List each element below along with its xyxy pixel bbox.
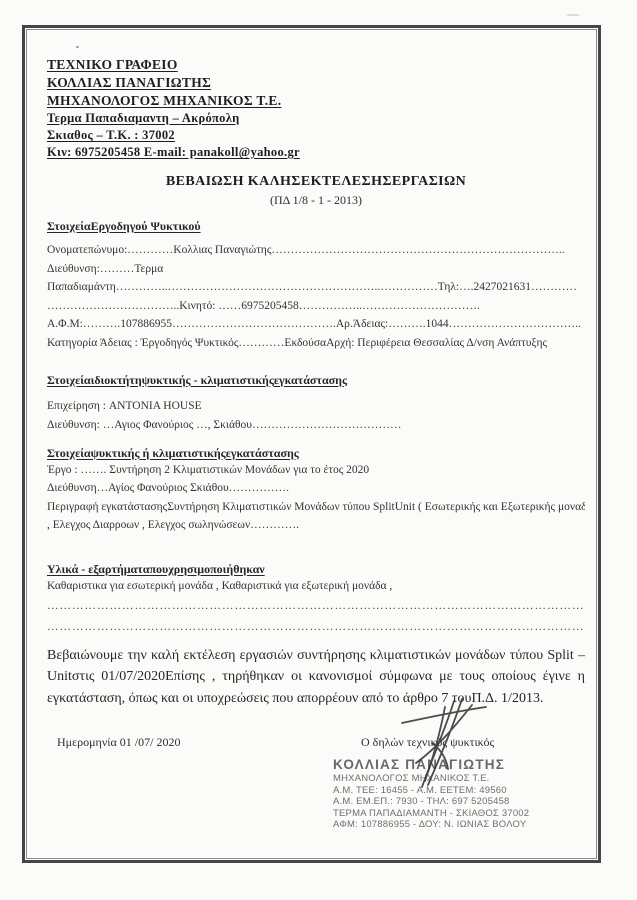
scan-speck bbox=[566, 14, 580, 16]
section-heading-installation-details: Στοιχείαψυκτικής ή κλιματιστικήςεγκατάστ… bbox=[47, 446, 585, 461]
certification-paragraph: Βεβαιώνουμε την καλή εκτέλεση εργασιών σ… bbox=[47, 645, 585, 710]
signature-column: Ο δηλών τεχνικός ψυκτικός ΚΟΛΛΙΑΣ ΠΑΝΑΓΙ… bbox=[333, 735, 585, 831]
date-line: Ημερομηνία 01 /07/ 2020 bbox=[47, 735, 180, 831]
stamp-profession-line: ΜΗΧΑΝΟΛΟΓΟΣ ΜΗΧΑΝΙΚΟΣ Τ.Ε. bbox=[333, 773, 585, 785]
letterhead-name-line: ΚΟΛΛΙΑΣ ΠΑΝΑΓΙΩΤΗΣ bbox=[47, 74, 585, 92]
field-business-address: Διεύθυνση: …Αγιος Φανούριος …, Σκιάθου……… bbox=[47, 416, 585, 435]
field-installation-description: Περιγραφή εγκατάστασηςΣυντήρηση Κλιματισ… bbox=[47, 498, 585, 517]
field-address: Διεύθυνση:………Τερμα bbox=[47, 260, 585, 279]
letterhead-contact-line: Κιν: 6975205458 E-mail: panakoll@yahoo.g… bbox=[47, 144, 585, 161]
letterhead: ΤΕΧΝΙΚΟ ΓΡΑΦΕΙΟ ΚΟΛΛΙΑΣ ΠΑΝΑΓΙΩΤΗΣ ΜΗΧΑΝ… bbox=[47, 56, 585, 161]
stamp-registry-line: Α.Μ. ΤΕΕ: 16455 - Α.Μ. ΕΕΤΕΜ: 49560 bbox=[333, 785, 585, 797]
stamp-vat-line: ΑΦΜ: 107886955 - ΔΟΥ: Ν. ΙΩΝΙΑΣ ΒΟΛΟΥ bbox=[333, 819, 585, 831]
empty-dotted-line: …………………………………………………………………………………………………………… bbox=[47, 596, 585, 617]
field-business-name: Επιχείρηση : ANTONIA HOUSE bbox=[47, 397, 585, 416]
letterhead-address-line: Τερμα Παπαδιαμαντη – Ακρόπολη bbox=[47, 110, 585, 127]
scanned-document-page: ΤΕΧΝΙΚΟ ΓΡΑΦΕΙΟ ΚΟΛΛΙΑΣ ΠΑΝΑΓΙΩΤΗΣ ΜΗΧΑΝ… bbox=[0, 0, 637, 900]
field-installation-address: Διεύθυνση…Αγίος Φανούριος Σκιάθου……………. bbox=[47, 479, 585, 498]
field-installation-description-cont: , Ελεγχος Διαρροων , Ελεγχος σωληνώσεων…… bbox=[47, 516, 585, 535]
installation-details: Έργο : ……. Συντήρηση 2 Κλιματιστικών Μον… bbox=[47, 461, 585, 535]
field-materials-used: Καθαριστικα για εσωτερική μονάδα , Καθαρ… bbox=[47, 577, 585, 596]
field-license-category: Κατηγορία Άδειας : Έργοδηγός Ψυκτικός………… bbox=[47, 334, 585, 353]
technician-details: Ονοματεπώνυμο:…………Κολλιας Παναγιώτης…………… bbox=[47, 241, 585, 353]
section-heading-materials: Υλικά - εξαρτήματαπουχρησιμοποιήθηκαν bbox=[47, 562, 585, 577]
owner-details: Επιχείρηση : ANTONIA HOUSE Διεύθυνση: …Α… bbox=[47, 397, 585, 435]
field-address-phone: Παπαδιαμάντη…………..………………………………………………..……… bbox=[47, 278, 585, 297]
scan-speck bbox=[76, 46, 79, 48]
field-mobile: ……………………………..Κινητό: ……6975205458……………..… bbox=[47, 297, 585, 316]
document-subtitle: (ΠΔ 1/8 - 1 - 2013) bbox=[47, 193, 585, 208]
letterhead-profession-line: ΜΗΧΑΝΟΛΟΓΟΣ ΜΗΧΑΝΙΚΟΣ Τ.Ε. bbox=[47, 92, 585, 110]
empty-dotted-line: …………………………………………………………………………………………………………… bbox=[47, 617, 585, 638]
field-project: Έργο : ……. Συντήρηση 2 Κλιματιστικών Μον… bbox=[47, 461, 585, 480]
section-heading-technician-details: ΣτοιχείαΕργοδηγού Ψυκτικού bbox=[47, 219, 585, 234]
materials-details: Καθαριστικα για εσωτερική μονάδα , Καθαρ… bbox=[47, 577, 585, 638]
letterhead-postcode-line: Σκιαθος – Τ.Κ. : 37002 bbox=[47, 127, 585, 144]
letterhead-office-line: ΤΕΧΝΙΚΟ ΓΡΑΦΕΙΟ bbox=[47, 56, 585, 74]
section-heading-owner-details: Στοιχείαιδιοκτήτηψυκτικής - κλιματιστική… bbox=[47, 373, 585, 388]
stamp-chamber-phone-line: Α.Μ. ΕΜ.ΕΠ.: 7930 - ΤΗΛ: 697 5205458 bbox=[333, 796, 585, 808]
company-stamp: ΚΟΛΛΙΑΣ ΠΑΝΑΓΙΩΤΗΣ ΜΗΧΑΝΟΛΟΓΟΣ ΜΗΧΑΝΙΚΟΣ… bbox=[333, 757, 585, 831]
document-content: ΤΕΧΝΙΚΟ ΓΡΑΦΕΙΟ ΚΟΛΛΙΑΣ ΠΑΝΑΓΙΩΤΗΣ ΜΗΧΑΝ… bbox=[47, 56, 585, 831]
stamp-address-line: ΤΕΡΜΑ ΠΑΠΑΔΙΑΜΑΝΤΗ - ΣΚΙΑΘΟΣ 37002 bbox=[333, 808, 585, 820]
stamp-name-line: ΚΟΛΛΙΑΣ ΠΑΝΑΓΙΩΤΗΣ bbox=[333, 757, 585, 773]
document-title: ΒΕΒΑΙΩΣΗ ΚΑΛΗΣΕΚΤΕΛΕΣΗΣΕΡΓΑΣΙΩΝ bbox=[47, 174, 585, 190]
field-vat-license: Α.Φ.Μ:……….107886955…………………………………….Αρ.Άδε… bbox=[47, 315, 585, 334]
signer-label: Ο δηλών τεχνικός ψυκτικός bbox=[333, 735, 585, 750]
field-fullname: Ονοματεπώνυμο:…………Κολλιας Παναγιώτης…………… bbox=[47, 241, 585, 260]
footer: Ημερομηνία 01 /07/ 2020 Ο δηλών τεχνικός… bbox=[47, 735, 585, 831]
